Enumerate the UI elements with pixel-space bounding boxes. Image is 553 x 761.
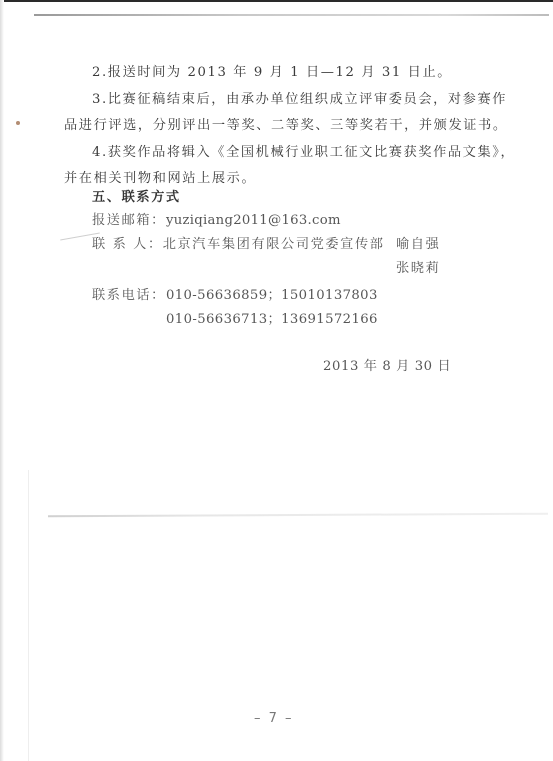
paragraph-item-4-line1: 4.获奖作品将辑入《全国机械行业职工征文比赛获奖作品文集》，: [92, 145, 515, 161]
scan-top-edge: [0, 0, 553, 2]
email-label: 报送邮箱：: [92, 213, 166, 228]
paragraph-item-3-line2: 品进行评选，分别评出一等奖、二等奖、三等奖若干，并颁发证书。: [64, 118, 508, 134]
scan-left-shadow: [0, 0, 4, 761]
contact-person-row: 联 系 人：北京汽车集团有限公司党委宣传部: [92, 237, 385, 253]
contact-person-1: 喻自强: [396, 237, 440, 253]
scan-fold-line: [28, 470, 29, 761]
scan-artifact-line: [34, 14, 549, 16]
paragraph-item-3-line1: 3.比赛征稿结束后，由承办单位组织成立评审委员会，对参赛作: [92, 92, 507, 108]
page-number: – 7 –: [254, 711, 294, 726]
phone-row-1: 联系电话：010-56636859；15010137803: [92, 288, 378, 304]
phone-numbers-2: 010-56636713；13691572166: [166, 312, 378, 328]
document-date: 2013 年 8 月 30 日: [323, 359, 451, 375]
contact-organization: 北京汽车集团有限公司党委宣传部: [163, 237, 385, 252]
paragraph-item-4-line2: 并在相关刊物和网站上展示。: [64, 171, 256, 187]
phone-label: 联系电话：: [92, 288, 166, 303]
email-value: yuziqiang2011@163.com: [166, 213, 341, 228]
scan-smudge: [16, 121, 20, 125]
scan-artifact-line-mid: [48, 513, 548, 518]
section-heading-contact: 五、联系方式: [92, 190, 181, 206]
email-row: 报送邮箱：yuziqiang2011@163.com: [92, 213, 341, 229]
paragraph-item-2: 2.报送时间为 2013 年 9 月 1 日—12 月 31 日止。: [92, 65, 452, 81]
phone-numbers-1: 010-56636859；15010137803: [166, 288, 378, 303]
contact-person-label: 联 系 人：: [92, 237, 163, 252]
contact-person-2: 张晓莉: [396, 261, 440, 277]
